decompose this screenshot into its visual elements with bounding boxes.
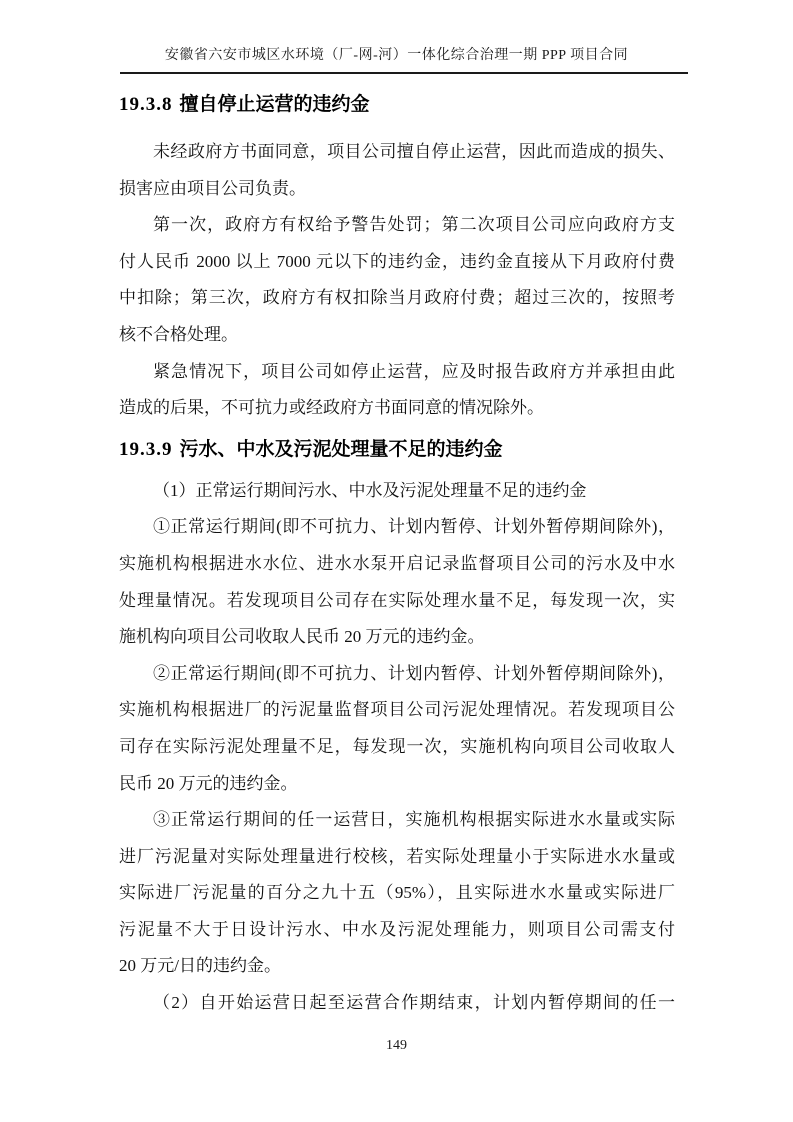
paragraph-line: ③正常运行期间的任一运营日，实施机构根据实际进水水量或实际 xyxy=(119,802,675,839)
document-page: 安徽省六安市城区水环境（厂-网-河）一体化综合治理一期 PPP 项目合同 19.… xyxy=(0,0,793,1122)
paragraph-line: 实施机构根据进厂的污泥量监督项目公司污泥处理情况。若发现项目公 xyxy=(119,692,675,729)
paragraph: 紧急情况下，项目公司如停止运营，应及时报告政府方并承担由此 造成的后果，不可抗力… xyxy=(119,354,675,427)
paragraph-line: ②正常运行期间(即不可抗力、计划内暂停、计划外暂停期间除外)， xyxy=(119,656,675,693)
paragraph-line: 中扣除；第三次，政府方有权扣除当月政府付费；超过三次的，按照考 xyxy=(119,280,675,317)
paragraph: （1）正常运行期间污水、中水及污泥处理量不足的违约金 xyxy=(119,473,675,510)
paragraph-line: ①正常运行期间(即不可抗力、计划内暂停、计划外暂停期间除外)， xyxy=(119,509,675,546)
paragraph-line: 20 万元/日的违约金。 xyxy=(119,948,675,985)
paragraph-line: 损害应由项目公司负责。 xyxy=(119,171,675,208)
running-header-title: 安徽省六安市城区水环境（厂-网-河）一体化综合治理一期 PPP 项目合同 xyxy=(0,46,793,66)
paragraph: ③正常运行期间的任一运营日，实施机构根据实际进水水量或实际 进厂污泥量对实际处理… xyxy=(119,802,675,985)
section-title: 擅自停止运营的违约金 xyxy=(180,94,370,115)
paragraph: 第一次，政府方有权给予警告处罚；第二次项目公司应向政府方支 付人民币 2000 … xyxy=(119,207,675,353)
paragraph-line: 造成的后果，不可抗力或经政府方书面同意的情况除外。 xyxy=(119,390,675,427)
paragraph-line: 核不合格处理。 xyxy=(119,317,675,354)
paragraph: 未经政府方书面同意，项目公司擅自停止运营，因此而造成的损失、 损害应由项目公司负… xyxy=(119,134,675,207)
paragraph-line: 司存在实际污泥处理量不足，每发现一次，实施机构向项目公司收取人 xyxy=(119,729,675,766)
paragraph-line: 民币 20 万元的违约金。 xyxy=(119,766,675,803)
paragraph-line: 处理量情况。若发现项目公司存在实际处理水量不足，每发现一次，实 xyxy=(119,583,675,620)
paragraph-line: 未经政府方书面同意，项目公司擅自停止运营，因此而造成的损失、 xyxy=(119,134,675,171)
paragraph-line: 污泥量不大于日设计污水、中水及污泥处理能力，则项目公司需支付 xyxy=(119,912,675,949)
section-heading-19-3-8: 19.3.8擅自停止运营的违约金 xyxy=(119,90,675,120)
paragraph-line: 紧急情况下，项目公司如停止运营，应及时报告政府方并承担由此 xyxy=(119,354,675,391)
section-heading-19-3-9: 19.3.9污水、中水及污泥处理量不足的违约金 xyxy=(119,435,675,465)
paragraph: ②正常运行期间(即不可抗力、计划内暂停、计划外暂停期间除外)， 实施机构根据进厂… xyxy=(119,656,675,802)
page-content: 19.3.8擅自停止运营的违约金 未经政府方书面同意，项目公司擅自停止运营，因此… xyxy=(119,90,675,1022)
paragraph-line: 进厂污泥量对实际处理量进行校核，若实际处理量小于实际进水水量或 xyxy=(119,839,675,876)
section-title: 污水、中水及污泥处理量不足的违约金 xyxy=(180,439,503,460)
section-number: 19.3.8 xyxy=(119,94,173,115)
page-number: 149 xyxy=(0,1038,793,1054)
paragraph-line: 实施机构根据进水水位、进水水泵开启记录监督项目公司的污水及中水 xyxy=(119,546,675,583)
paragraph-line: （2）自开始运营日起至运营合作期结束，计划内暂停期间的任一 xyxy=(119,985,675,1022)
paragraph-line: （1）正常运行期间污水、中水及污泥处理量不足的违约金 xyxy=(119,473,675,510)
paragraph-line: 施机构向项目公司收取人民币 20 万元的违约金。 xyxy=(119,619,675,656)
section-number: 19.3.9 xyxy=(119,439,173,460)
header-divider xyxy=(120,72,688,74)
paragraph-line: 第一次，政府方有权给予警告处罚；第二次项目公司应向政府方支 xyxy=(119,207,675,244)
paragraph: （2）自开始运营日起至运营合作期结束，计划内暂停期间的任一 xyxy=(119,985,675,1022)
paragraph-line: 实际进厂污泥量的百分之九十五（95%），且实际进水水量或实际进厂 xyxy=(119,875,675,912)
paragraph: ①正常运行期间(即不可抗力、计划内暂停、计划外暂停期间除外)， 实施机构根据进水… xyxy=(119,509,675,655)
paragraph-line: 付人民币 2000 以上 7000 元以下的违约金，违约金直接从下月政府付费 xyxy=(119,244,675,281)
